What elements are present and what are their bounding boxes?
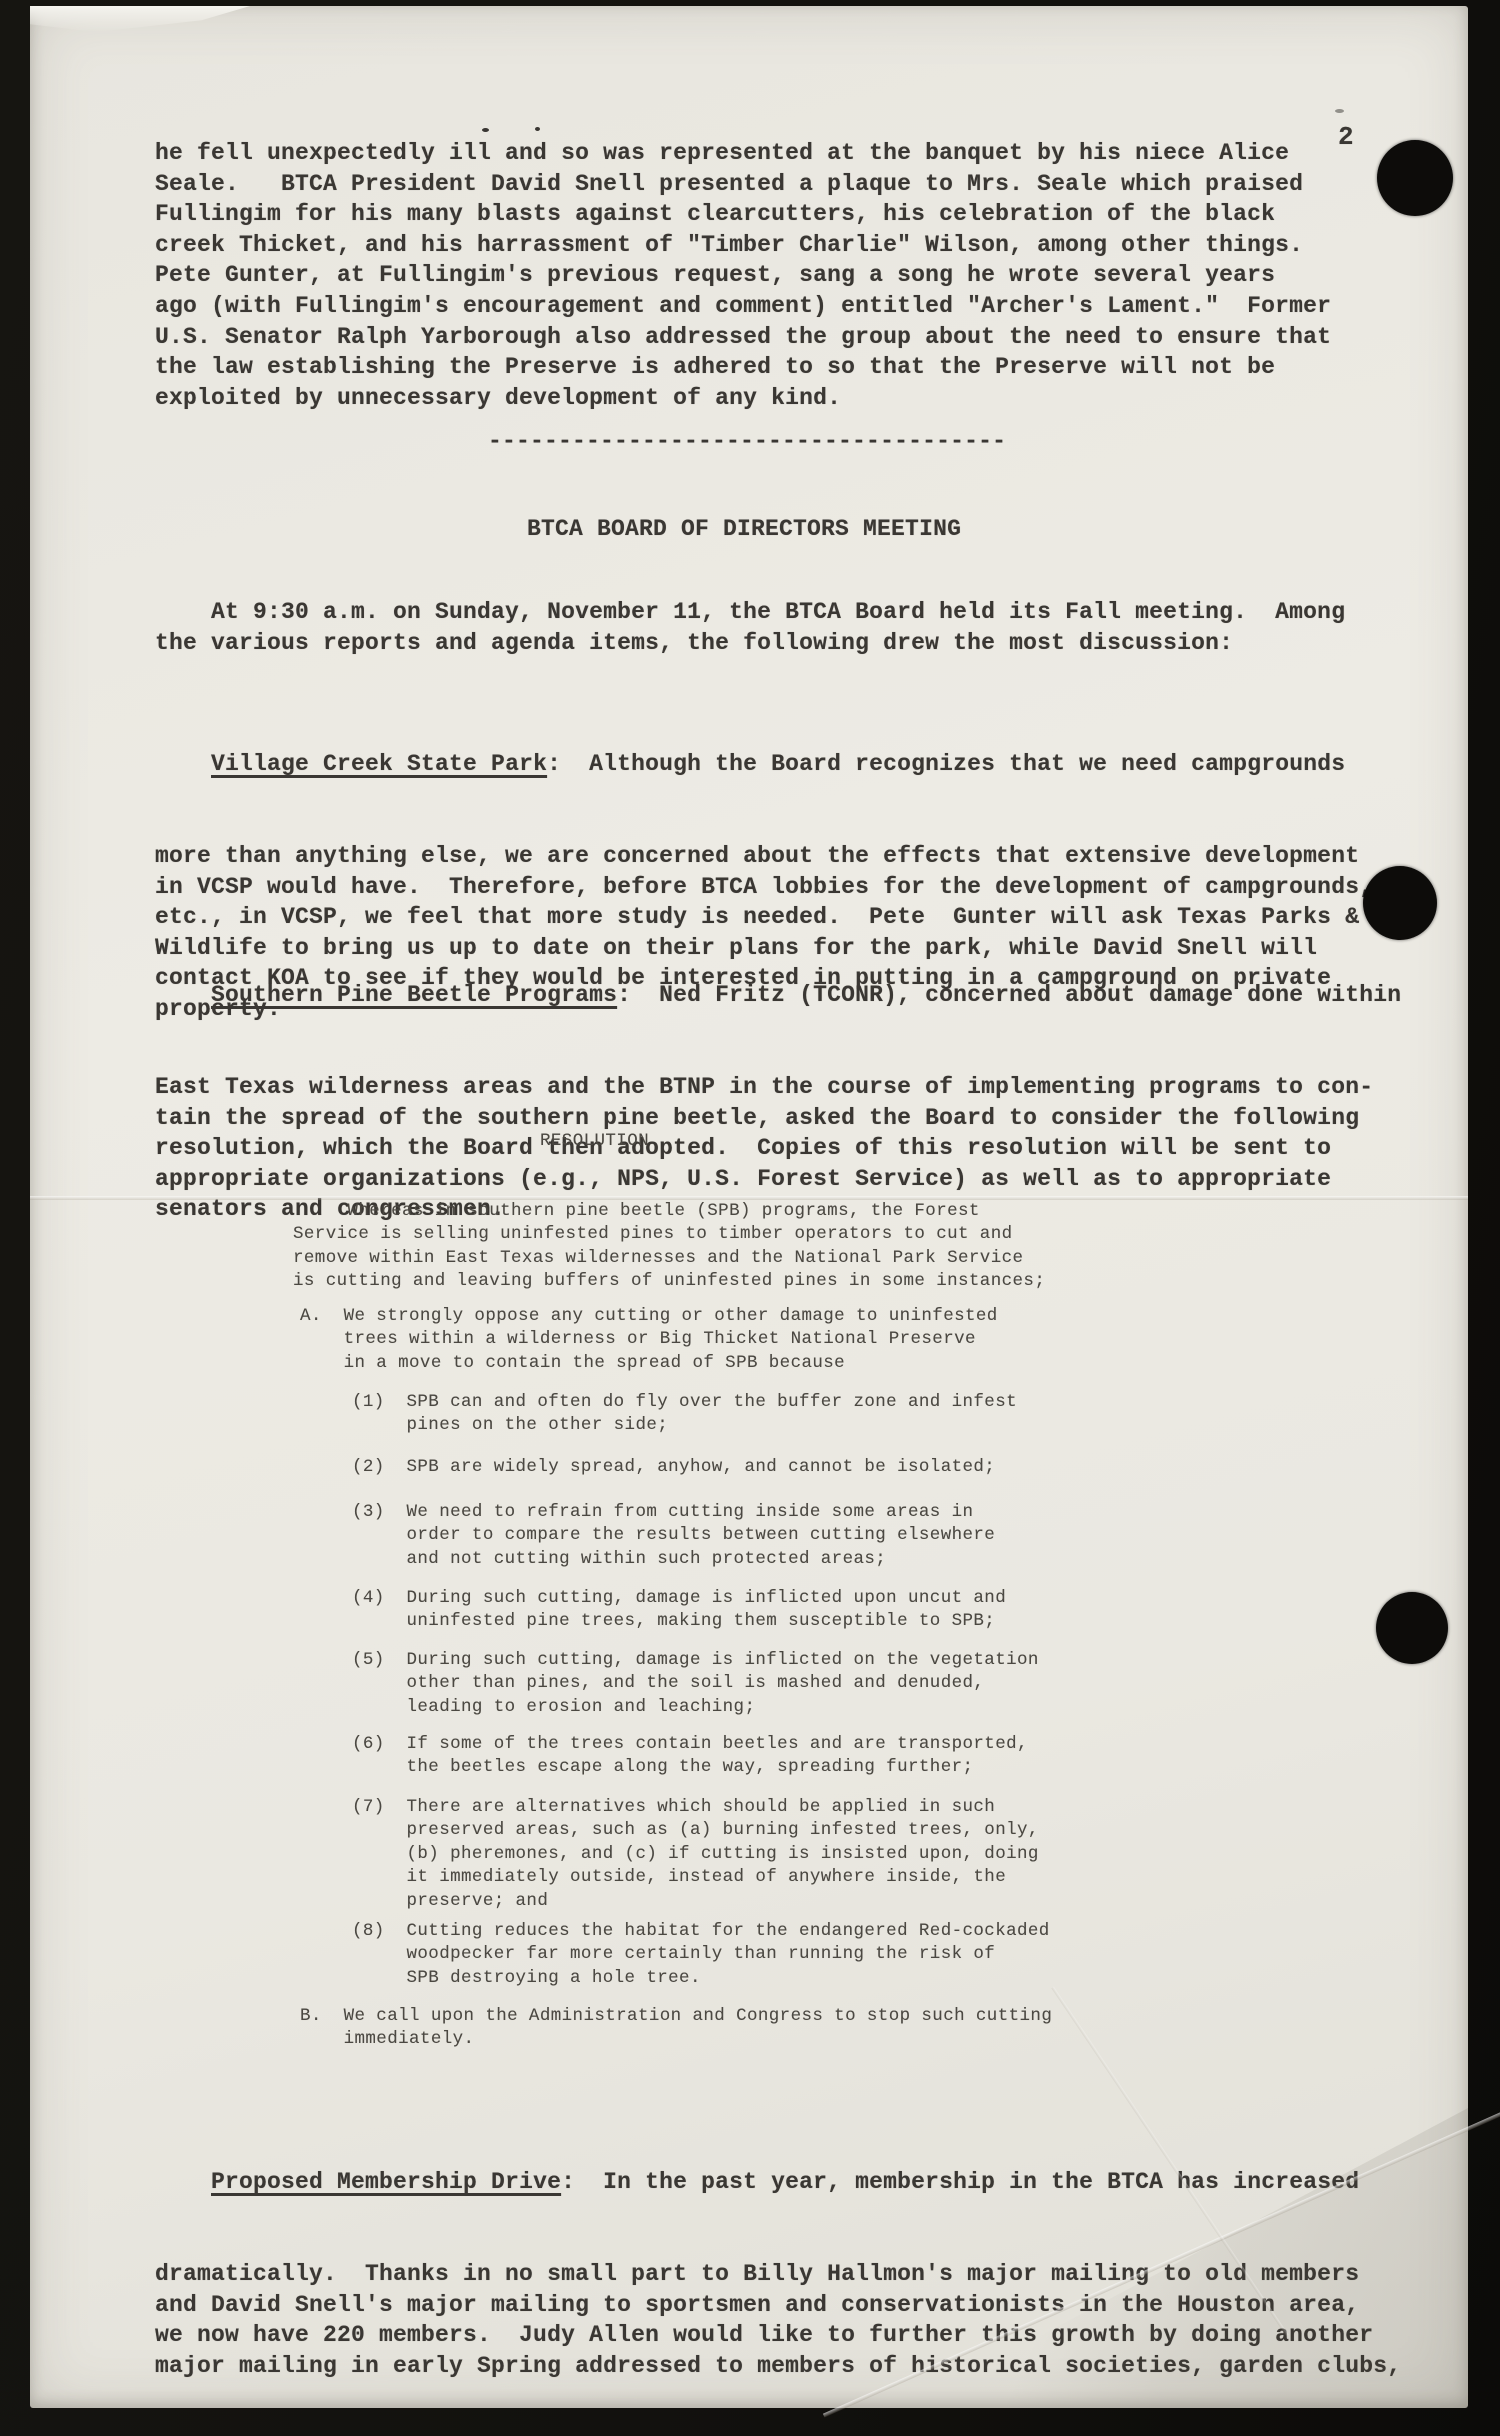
hole-punch: [1377, 140, 1453, 216]
ink-speck: [482, 128, 489, 132]
line-indent: [155, 2169, 211, 2195]
membership-lead: Proposed Membership Drive: [211, 2169, 561, 2195]
text-line: Pete Gunter, at Fullingim's previous req…: [155, 260, 1331, 291]
resolution-item-a: A. We strongly oppose any cutting or oth…: [300, 1305, 998, 1375]
text-line: U.S. Senator Ralph Yarborough also addre…: [155, 322, 1331, 353]
text-line: (8) Cutting reduces the habitat for the …: [352, 1920, 1050, 1943]
text-line: preserved areas, such as (a) burning inf…: [352, 1819, 1039, 1842]
text-line: the law establishing the Preserve is adh…: [155, 352, 1331, 383]
text-line: preserve; and: [352, 1890, 1039, 1913]
text-line: (7) There are alternatives which should …: [352, 1796, 1039, 1819]
text-line: leading to erosion and leaching;: [352, 1696, 1039, 1719]
village-creek-lead: Village Creek State Park: [211, 751, 547, 777]
text-line: and not cutting within such protected ar…: [352, 1548, 995, 1571]
text-line: (3) We need to refrain from cutting insi…: [352, 1501, 995, 1524]
clause-3: (3) We need to refrain from cutting insi…: [352, 1501, 995, 1571]
section-separator: -------------------------------------: [488, 426, 1006, 457]
text-line: (b) pheremones, and (c) if cutting is in…: [352, 1843, 1039, 1866]
text-line: At 9:30 a.m. on Sunday, November 11, the…: [155, 597, 1345, 628]
text-line: the various reports and agenda items, th…: [155, 628, 1345, 659]
text-line: Whereas in southern pine beetle (SPB) pr…: [293, 1200, 1045, 1223]
text-line: Southern Pine Beetle Programs: Ned Fritz…: [155, 980, 1401, 1011]
line-text: : Ned Fritz (TCONR), concerned about dam…: [617, 982, 1401, 1008]
clause-5: (5) During such cutting, damage is infli…: [352, 1649, 1039, 1719]
clause-7: (7) There are alternatives which should …: [352, 1796, 1039, 1913]
clause-1: (1) SPB can and often do fly over the bu…: [352, 1391, 1017, 1438]
ink-speck: [1335, 109, 1344, 113]
meeting-intro-paragraph: At 9:30 a.m. on Sunday, November 11, the…: [155, 597, 1345, 658]
text-line: he fell unexpectedly ill and so was repr…: [155, 138, 1331, 169]
text-line: (4) During such cutting, damage is infli…: [352, 1587, 1006, 1610]
resolution-item-b: B. We call upon the Administration and C…: [300, 2005, 1052, 2052]
text-line: creek Thicket, and his harrassment of "T…: [155, 230, 1331, 261]
text-line: appropriate organizations (e.g., NPS, U.…: [155, 1164, 1401, 1195]
scanned-document-screenshot: { "doc": { "page_number": "2", "para1": …: [0, 0, 1500, 2436]
text-line: in VCSP would have. Therefore, before BT…: [155, 872, 1373, 903]
resolution-heading: RESOLUTION: [540, 1130, 649, 1153]
text-line: the beetles escape along the way, spread…: [352, 1756, 1028, 1779]
text-line: remove within East Texas wildernesses an…: [293, 1247, 1045, 1270]
text-line: woodpecker far more certainly than runni…: [352, 1943, 1050, 1966]
text-line: Seale. BTCA President David Snell presen…: [155, 169, 1331, 200]
text-line: SPB destroying a hole tree.: [352, 1967, 1050, 1990]
text-line: Fullingim for his many blasts against cl…: [155, 199, 1331, 230]
text-line: tain the spread of the southern pine bee…: [155, 1103, 1401, 1134]
text-line: Proposed Membership Drive: In the past y…: [155, 2167, 1401, 2198]
text-line: (2) SPB are widely spread, anyhow, and c…: [352, 1456, 995, 1479]
line-indent: [155, 751, 211, 777]
text-line: pines on the other side;: [352, 1414, 1017, 1437]
text-line: exploited by unnecessary development of …: [155, 383, 1331, 414]
text-line: Service is selling uninfested pines to t…: [293, 1223, 1045, 1246]
page-number: 2: [1338, 122, 1354, 153]
text-line: (5) During such cutting, damage is infli…: [352, 1649, 1039, 1672]
document-page: 2 he fell unexpectedly ill and so was re…: [30, 6, 1468, 2408]
text-line: it immediately outside, instead of anywh…: [352, 1866, 1039, 1889]
text-line: resolution, which the Board then adopted…: [155, 1133, 1401, 1164]
text-line: A. We strongly oppose any cutting or oth…: [300, 1305, 998, 1328]
hole-punch: [1376, 1592, 1448, 1664]
torn-edge: [30, 6, 250, 32]
text-line: B. We call upon the Administration and C…: [300, 2005, 1052, 2028]
intro-paragraph: he fell unexpectedly ill and so was repr…: [155, 138, 1331, 413]
clause-2: (2) SPB are widely spread, anyhow, and c…: [352, 1456, 995, 1479]
text-line: more than anything else, we are concerne…: [155, 841, 1373, 872]
text-line: in a move to contain the spread of SPB b…: [300, 1352, 998, 1375]
whereas-clause: Whereas in southern pine beetle (SPB) pr…: [293, 1200, 1045, 1294]
text-line: other than pines, and the soil is mashed…: [352, 1672, 1039, 1695]
text-line: order to compare the results between cut…: [352, 1524, 995, 1547]
text-line: uninfested pine trees, making them susce…: [352, 1610, 1006, 1633]
text-line: ago (with Fullingim's encouragement and …: [155, 291, 1331, 322]
clause-4: (4) During such cutting, damage is infli…: [352, 1587, 1006, 1634]
line-indent: [155, 982, 211, 1008]
meeting-heading: BTCA BOARD OF DIRECTORS MEETING: [527, 514, 961, 545]
fold-crease-horizontal: [30, 1196, 1468, 1200]
pine-beetle-lead: Southern Pine Beetle Programs: [211, 982, 617, 1008]
line-text: : In the past year, membership in the BT…: [561, 2169, 1359, 2195]
text-line: trees within a wilderness or Big Thicket…: [300, 1328, 998, 1351]
clause-6: (6) If some of the trees contain beetles…: [352, 1733, 1028, 1780]
text-line: East Texas wilderness areas and the BTNP…: [155, 1072, 1401, 1103]
text-line: (1) SPB can and often do fly over the bu…: [352, 1391, 1017, 1414]
text-line: (6) If some of the trees contain beetles…: [352, 1733, 1028, 1756]
ink-speck: [535, 127, 540, 131]
hole-punch: [1363, 866, 1437, 940]
text-line: immediately.: [300, 2028, 1052, 2051]
clause-8: (8) Cutting reduces the habitat for the …: [352, 1920, 1050, 1990]
line-text: : Although the Board recognizes that we …: [547, 751, 1345, 777]
text-line: is cutting and leaving buffers of uninfe…: [293, 1270, 1045, 1293]
text-line: Village Creek State Park: Although the B…: [155, 749, 1373, 780]
